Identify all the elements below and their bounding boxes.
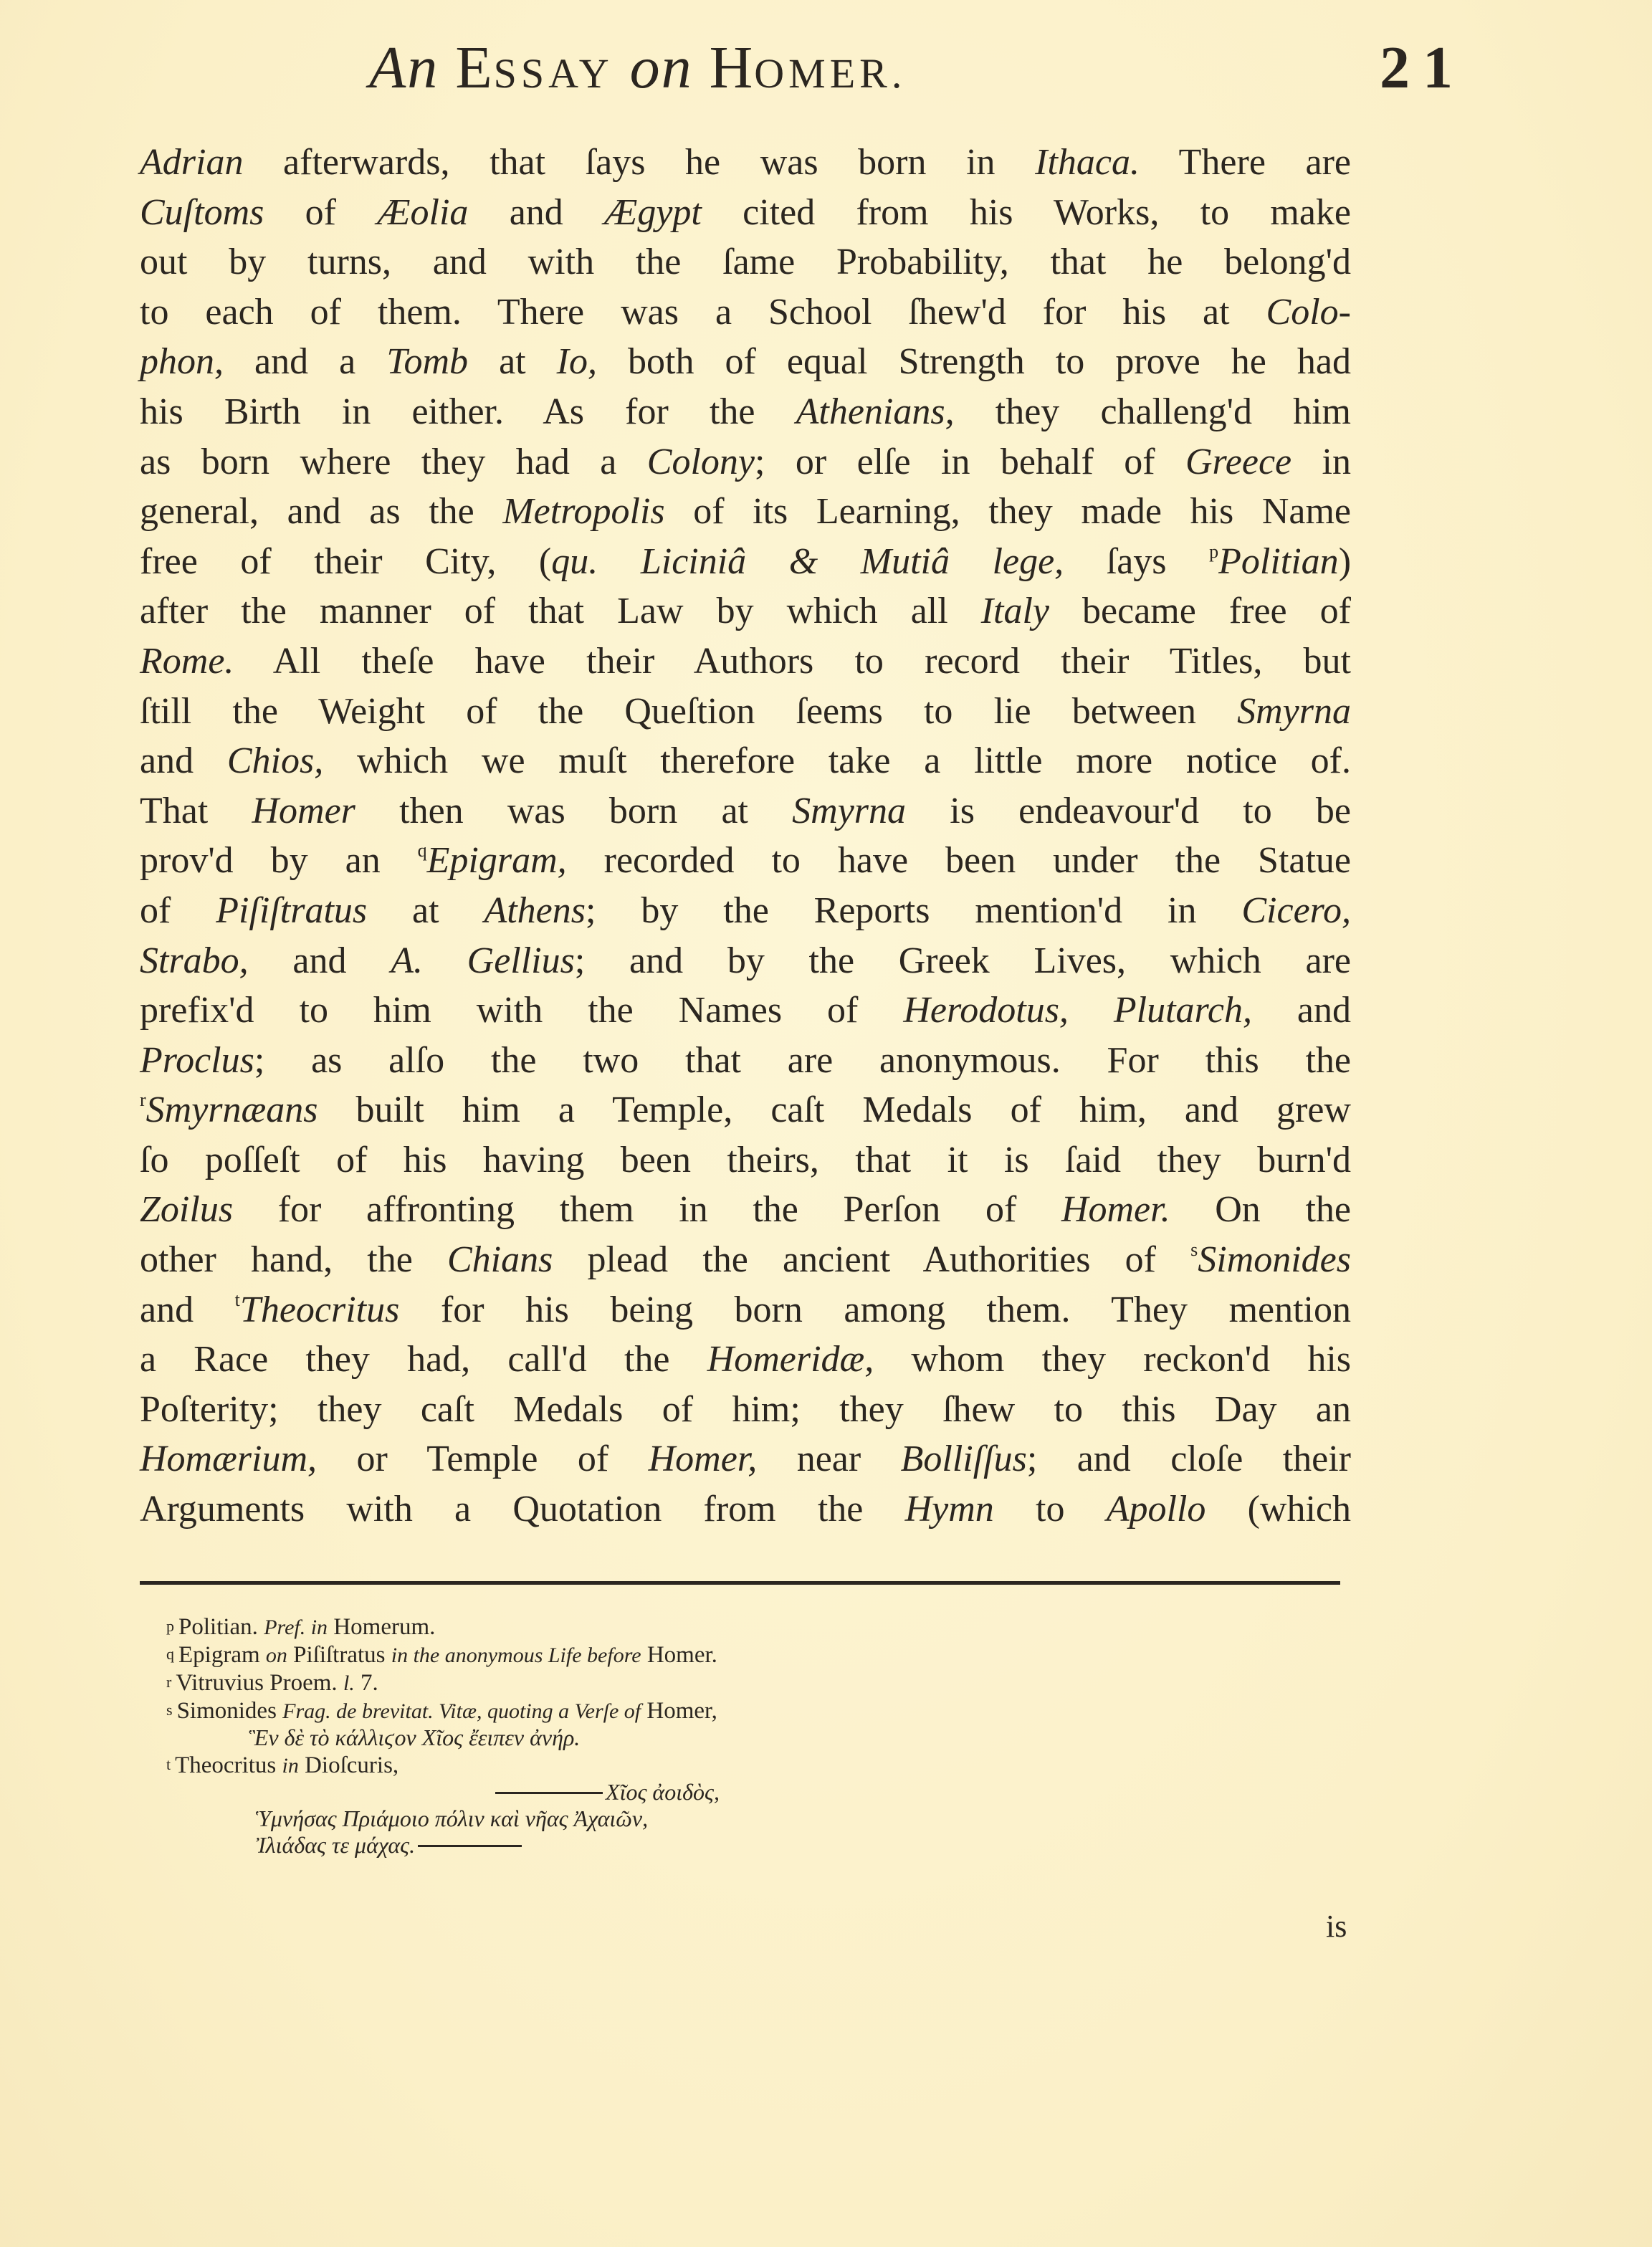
title-smallcap-ssay: SSAY [494, 50, 613, 97]
text-run: ſays [1064, 541, 1209, 582]
footnote-text: Theocritus [175, 1752, 282, 1778]
text-line: Strabo, and A. Gellius; and by the Greek… [140, 936, 1351, 986]
italic-term: Homer. [1061, 1189, 1170, 1230]
footnote-italic: on [266, 1643, 287, 1667]
footnote-s: sSimonides Frag. de brevitat. Vitæ, quot… [166, 1697, 1170, 1724]
italic-term: Smyrnæans [146, 1089, 318, 1130]
text-line: prefix'd to him with the Names of Herodo… [140, 986, 1351, 1036]
footnote-mark: s [166, 1701, 173, 1719]
text-run: and [468, 192, 604, 233]
footnote-reference: p [1209, 541, 1218, 562]
text-run: built him a Temple, caſt Medals of him, … [317, 1089, 1351, 1130]
text-line: Poſterity; they caſt Medals of him; they… [140, 1385, 1351, 1435]
text-line: prov'd by an qEpigram, recorded to have … [140, 836, 1351, 886]
title-word-on: on [630, 34, 693, 101]
footnote-text: Simonides [177, 1698, 283, 1724]
greek-verse-line: Ἓν δὲ τὸ κάλλιϛον Χῖος ἔειπεν ἀνήρ. [166, 1724, 1170, 1751]
text-line: Adrian afterwards, that ſays he was born… [140, 138, 1351, 188]
italic-term: Piſiſtratus [216, 890, 367, 931]
italic-term: Simonides [1198, 1239, 1351, 1280]
text-run: plead the ancient Authorities of [553, 1239, 1190, 1280]
italic-term: Italy [981, 591, 1049, 631]
footnote-t: tTheocritus in Dioſcuris, [166, 1751, 1170, 1779]
text-run: then was born at [355, 791, 792, 831]
text-line: Cuſtoms of Æolia and Ægypt cited from hi… [140, 188, 1351, 238]
italic-term: Æolia [377, 192, 468, 233]
italic-term: Tomb [386, 341, 468, 382]
text-run: and a [224, 341, 386, 382]
italic-term: Colo- [1266, 292, 1351, 333]
footnote-text: Dioſcuris, [299, 1752, 398, 1778]
italic-term: Adrian [140, 142, 243, 183]
footnote-text: Homerum. [328, 1614, 435, 1640]
text-run: prov'd by an [140, 840, 418, 881]
footnote-r: rVitruvius Proem. l. 7. [166, 1669, 1170, 1697]
dash-rule [495, 1792, 603, 1794]
text-run: afterwards, that ſays he was born in [243, 142, 1035, 183]
footnote-text: Piſiſtratus [287, 1642, 391, 1668]
text-line: ſo poſſeſt of his having been theirs, th… [140, 1135, 1351, 1185]
italic-term: Proclus [140, 1040, 254, 1081]
title-initial-h: H [710, 34, 755, 101]
text-run: On the [1170, 1189, 1351, 1230]
text-run: recorded to have been under the Statue [567, 840, 1351, 881]
footnote-mark: p [166, 1617, 174, 1635]
text-line: rSmyrnæans built him a Temple, caſt Meda… [140, 1085, 1351, 1135]
text-run: and [140, 740, 227, 781]
italic-term: Athens [484, 890, 586, 931]
italic-term: Politian [1218, 541, 1339, 582]
text-run: free of their City, ( [140, 541, 551, 582]
italic-term: Ithaca. [1035, 142, 1140, 183]
text-run: near [757, 1439, 900, 1479]
text-run: at [468, 341, 557, 382]
title-smallcap-omer: OMER. [754, 50, 906, 97]
italic-term: Athenians, [796, 391, 955, 432]
text-line: free of their City, (qu. Liciniâ & Mutiâ… [140, 537, 1351, 587]
text-run: in [1291, 442, 1351, 482]
italic-term: Colony [647, 442, 755, 482]
italic-term: Homer [252, 791, 355, 831]
italic-term: Epigram, [427, 840, 567, 881]
footnote-italic: Pref. in [264, 1616, 328, 1639]
text-line: of Piſiſtratus at Athens; by the Reports… [140, 886, 1351, 936]
italic-term: Homer, [649, 1439, 758, 1479]
text-line: phon, and a Tomb at Io, both of equal St… [140, 337, 1351, 387]
text-run: is endeavour'd to be [906, 791, 1351, 831]
italic-term: Herodotus, Plutarch, [903, 990, 1252, 1031]
text-run: general, and as the [140, 491, 502, 532]
footnote-mark: t [166, 1755, 171, 1773]
italic-term: Ægypt [604, 192, 702, 233]
text-run: ; or elſe in behalf of [755, 442, 1185, 482]
footnote-italic: Frag. de brevitat. Vitæ, quoting a Verſe… [282, 1699, 641, 1723]
italic-term: Bolliſſus [901, 1439, 1027, 1479]
text-run: of [140, 890, 216, 931]
footnote-rule [140, 1581, 1340, 1585]
footnote-reference: r [140, 1089, 146, 1110]
italic-term: Io, [557, 341, 597, 382]
text-run: they challeng'd him [955, 391, 1351, 432]
text-line: out by turns, and with the ſame Probabil… [140, 237, 1351, 287]
text-run: out by turns, and with the ſame Probabil… [140, 242, 1351, 282]
text-run: or Temple of [317, 1439, 649, 1479]
greek-verse-line: Ὑμνήσας Πριάμοιο πόλιν καὶ νῆας Ἀχαιῶν, [166, 1805, 1170, 1832]
text-run: ; and cloſe their [1027, 1439, 1351, 1479]
footnote-text: Vitruvius Proem. [176, 1670, 343, 1696]
footnote-reference: t [235, 1289, 240, 1310]
text-line: and Chios, which we muſt therefore take … [140, 736, 1351, 786]
italic-term: Strabo, [140, 940, 249, 981]
text-run: cited from his Works, to make [702, 192, 1351, 233]
text-line: after the manner of that Law by which al… [140, 586, 1351, 636]
text-run: to each of them. There was a School ſhew… [140, 292, 1266, 333]
footnotes: pPolitian. Pref. in Homerum.qEpigram on … [166, 1613, 1170, 1859]
italic-term: Theocritus [240, 1289, 399, 1330]
greek-verse-line: Χῖος ἀοιδὸς, [166, 1779, 1170, 1805]
text-run: for his being born among them. They ment… [399, 1289, 1351, 1330]
italic-term: Rome. [140, 641, 234, 682]
footnote-p: pPolitian. Pref. in Homerum. [166, 1613, 1170, 1641]
text-line: Rome. All theſe have their Authors to re… [140, 636, 1351, 687]
text-run: a Race they had, call'd the [140, 1339, 707, 1380]
text-run: after the manner of that Law by which al… [140, 591, 981, 631]
text-run: Arguments with a Quotation from the [140, 1489, 905, 1530]
title-initial-e: E [455, 34, 493, 101]
italic-term: qu. Liciniâ & Mutiâ lege, [551, 541, 1064, 582]
text-line: his Birth in either. As for the Athenian… [140, 387, 1351, 437]
text-line: Proclus; as alſo the two that are anonym… [140, 1036, 1351, 1086]
text-line: to each of them. There was a School ſhew… [140, 287, 1351, 338]
italic-term: Cuſtoms [140, 192, 264, 233]
text-line: other hand, the Chians plead the ancient… [140, 1235, 1351, 1285]
italic-term: Smyrna [1237, 691, 1351, 732]
italic-term: Chios, [227, 740, 323, 781]
body-text: Adrian afterwards, that ſays he was born… [140, 138, 1351, 1535]
italic-term: Smyrna [792, 791, 906, 831]
text-run: and [1252, 990, 1351, 1031]
footnote-q: qEpigram on Piſiſtratus in the anonymous… [166, 1641, 1170, 1669]
footnote-mark: r [166, 1673, 171, 1691]
italic-term: phon, [140, 341, 224, 382]
text-run: which we muſt therefore take a little mo… [323, 740, 1351, 781]
greek-text: Χῖος ἀοιδὸς, [606, 1779, 720, 1805]
italic-term: Homeridæ, [707, 1339, 874, 1380]
text-run: whom they reckon'd his [874, 1339, 1351, 1380]
text-run: That [140, 791, 252, 831]
text-run: of its Learning, they made his Name [665, 491, 1351, 532]
italic-term: Greece [1185, 442, 1291, 482]
text-run: All theſe have their Authors to record t… [234, 641, 1351, 682]
footnote-italic: in [282, 1754, 299, 1778]
text-run: of [264, 192, 377, 233]
text-run: became free of [1049, 591, 1351, 631]
page-number: 21 [1380, 29, 1466, 108]
text-run: ; by the Reports mention'd in [586, 890, 1241, 931]
text-line: and tTheocritus for his being born among… [140, 1285, 1351, 1335]
italic-term: Apollo [1107, 1489, 1206, 1530]
text-run: as born where they had a [140, 442, 647, 482]
text-line: general, and as the Metropolis of its Le… [140, 487, 1351, 537]
text-line: as born where they had a Colony; or elſe… [140, 437, 1351, 487]
text-run: both of equal Strength to prove he had [597, 341, 1351, 382]
footnote-mark: q [166, 1645, 174, 1663]
text-run: (which [1205, 1489, 1351, 1530]
text-run: to [994, 1489, 1107, 1530]
book-page: An ESSAY on HOMER. 21 Adrian afterwards,… [0, 0, 1652, 2247]
text-run: Poſterity; they caſt Medals of him; they… [140, 1389, 1351, 1430]
text-run: There are [1140, 142, 1351, 183]
text-line: Homærium, or Temple of Homer, near Bolli… [140, 1434, 1351, 1484]
text-run: at [367, 890, 484, 931]
footnote-text: 7. [355, 1670, 378, 1696]
greek-verse-line: Ἰλιάδας τε μάχας. [166, 1832, 1170, 1859]
title-word-an: An [369, 34, 439, 101]
text-run: and [249, 940, 391, 981]
text-run: ; and by the Greek Lives, which are [575, 940, 1351, 981]
footnote-text: Politian. [178, 1614, 264, 1640]
italic-term: Zoilus [140, 1189, 233, 1230]
text-run: ſo poſſeſt of his having been theirs, th… [140, 1140, 1351, 1180]
text-line: ſtill the Weight of the Queſtion ſeems t… [140, 687, 1351, 737]
footnote-italic: l. [343, 1671, 355, 1695]
footnote-reference: s [1190, 1239, 1198, 1260]
text-line: That Homer then was born at Smyrna is en… [140, 786, 1351, 836]
footnote-text: Homer, [641, 1698, 717, 1724]
greek-text: Ἓν δὲ τὸ κάλλιϛον Χῖος ἔειπεν ἀνήρ. [249, 1724, 580, 1750]
text-run: his Birth in either. As for the [140, 391, 796, 432]
text-run: ) [1339, 541, 1351, 582]
footnote-reference: q [418, 840, 427, 861]
text-run: other hand, the [140, 1239, 447, 1280]
footnote-italic: in the anonymous Life before [391, 1643, 641, 1667]
text-run: ; as alſo the two that are anonymous. Fo… [254, 1040, 1351, 1081]
text-line: Zoilus for affronting them in the Perſon… [140, 1185, 1351, 1235]
text-run: prefix'd to him with the Names of [140, 990, 903, 1031]
running-title: An ESSAY on HOMER. [369, 29, 906, 113]
catchword: is [1326, 1908, 1347, 1945]
text-run: ſtill the Weight of the Queſtion ſeems t… [140, 691, 1237, 732]
italic-term: Cicero, [1241, 890, 1351, 931]
text-line: Arguments with a Quotation from the Hymn… [140, 1484, 1351, 1535]
text-line: a Race they had, call'd the Homeridæ, wh… [140, 1335, 1351, 1385]
text-run: and [140, 1289, 235, 1330]
dash-rule [418, 1845, 522, 1847]
italic-term: Homærium, [140, 1439, 317, 1479]
greek-text: Ὑμνήσας Πριάμοιο πόλιν καὶ νῆας Ἀχαιῶν, [256, 1805, 648, 1831]
text-run: for affronting them in the Perſon of [233, 1189, 1061, 1230]
greek-text: Ἰλιάδας τε μάχας. [256, 1832, 415, 1858]
footnote-text: Homer. [641, 1642, 717, 1668]
italic-term: Metropolis [502, 491, 664, 532]
italic-term: Hymn [905, 1489, 994, 1530]
italic-term: Chians [447, 1239, 553, 1280]
italic-term: A. Gellius [391, 940, 575, 981]
footnote-text: Epigram [178, 1642, 266, 1668]
running-head: An ESSAY on HOMER. 21 [369, 29, 1466, 108]
